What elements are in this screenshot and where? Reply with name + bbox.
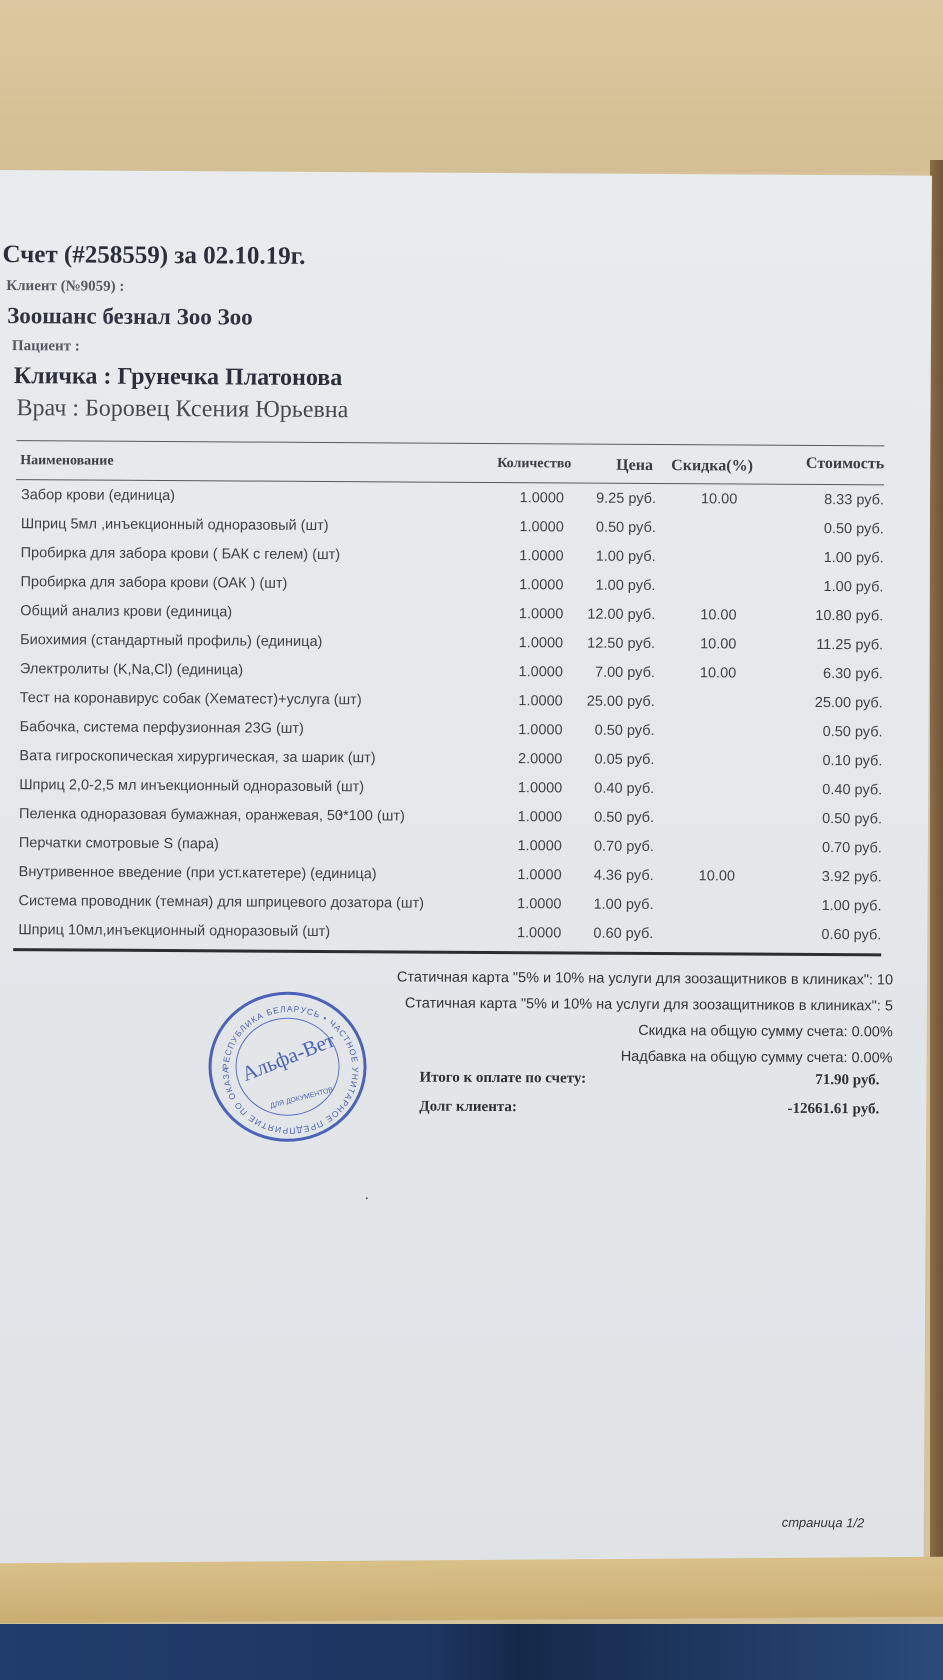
services-table: Наименование Количество Цена Скидка(%) С…: [13, 440, 884, 956]
item-cost: 1.00 руб.: [822, 898, 882, 914]
item-price: 0.50 руб.: [565, 722, 655, 739]
note-line: Статичная карта "5% и 10% на услуги для …: [397, 995, 893, 1024]
invoice-sheet: Счет (#258559) за 02.10.19г. Клиент (№90…: [0, 170, 932, 1581]
table-bottom-rule: [13, 948, 881, 956]
item-price: 0.05 руб.: [564, 751, 654, 768]
item-name: Перчатки смотровые S (пара): [19, 835, 219, 852]
debt-value: -12661.61 руб.: [788, 1101, 880, 1119]
table-row: Шприц 10мл,инъекционный одноразовый (шт)…: [13, 915, 881, 949]
total-value: 71.90 руб.: [815, 1072, 879, 1089]
note-line: Скидка на общую сумму счета: 0.00%: [397, 1021, 893, 1050]
paper-speck: [339, 813, 342, 816]
item-cost: 1.00 руб.: [824, 550, 884, 566]
client-label: Клиент (№9059) :: [6, 278, 124, 296]
item-discount: 10.00: [700, 636, 736, 652]
item-quantity: 1.0000: [519, 635, 563, 651]
header-discount: Скидка(%): [671, 457, 753, 475]
item-name: Внутривенное введение (при уст.катетере)…: [19, 864, 377, 882]
item-name: Пробирка для забора крови (ОАК ) (шт): [20, 574, 287, 592]
item-price: 1.00 руб.: [565, 577, 655, 594]
item-quantity: 2.0000: [518, 751, 562, 767]
item-quantity: 1.0000: [517, 896, 561, 912]
item-quantity: 1.0000: [519, 606, 563, 622]
item-name: Электролиты (K,Na,Cl) (единица): [20, 661, 243, 678]
header-price: Цена: [616, 457, 653, 475]
desk-background-top: [0, 0, 943, 172]
header-quantity: Количество: [497, 456, 571, 472]
discount-notes: Статичная карта "5% и 10% на услуги для …: [396, 969, 893, 1076]
item-price: 0.70 руб.: [564, 838, 654, 855]
item-name: Шприц 2,0-2,5 мл инъекционный одноразовы…: [19, 777, 364, 795]
item-name: Биохимия (стандартный профиль) (единица): [20, 632, 322, 650]
page-number: страница 1/2: [782, 1515, 865, 1531]
item-name: Общий анализ крови (единица): [20, 603, 232, 620]
item-name: Тест на коронавирус собак (Хематест)+усл…: [20, 690, 362, 708]
item-price: 9.25 руб.: [566, 490, 656, 507]
fabric-background: [0, 1624, 943, 1680]
item-quantity: 1.0000: [518, 693, 562, 709]
item-discount: 10.00: [699, 868, 735, 884]
table-body: Забор крови (единица)1.00009.25 руб.10.0…: [13, 480, 884, 949]
patient-label: Пациент :: [12, 338, 80, 355]
item-price: 12.00 руб.: [565, 606, 655, 623]
item-quantity: 1.0000: [517, 925, 561, 941]
total-label: Итого к оплате по счету:: [419, 1070, 586, 1088]
item-name: Система проводник (темная) для шприцевог…: [18, 893, 424, 911]
item-quantity: 1.0000: [519, 577, 563, 593]
item-quantity: 1.0000: [518, 722, 562, 738]
item-cost: 3.92 руб.: [822, 869, 882, 885]
debt-row: Долг клиента: -12661.61 руб.: [419, 1099, 879, 1102]
item-cost: 6.30 руб.: [823, 666, 883, 682]
item-name: Пробирка для забора крови ( БАК с гелем)…: [21, 545, 341, 563]
pet-name: Кличка : Грунечка Платонова: [14, 363, 343, 392]
note-line: Статичная карта "5% и 10% на услуги для …: [397, 969, 893, 998]
item-quantity: 1.0000: [519, 519, 563, 535]
item-cost: 10.80 руб.: [815, 608, 883, 624]
company-stamp: РЕСПУБЛИКА БЕЛАРУСЬ • ЧАСТНОЕ УНИТАРНОЕ …: [208, 991, 367, 1142]
item-quantity: 1.0000: [519, 664, 563, 680]
item-quantity: 1.0000: [519, 548, 563, 564]
item-price: 0.60 руб.: [563, 925, 653, 942]
item-cost: 0.10 руб.: [822, 753, 882, 769]
item-price: 12.50 руб.: [565, 635, 655, 652]
item-discount: 10.00: [700, 607, 736, 623]
item-cost: 8.33 руб.: [824, 492, 884, 508]
item-name: Бабочка, система перфузионная 23G (шт): [20, 719, 304, 737]
item-quantity: 1.0000: [517, 838, 561, 854]
item-name: Шприц 5мл ,инъекционный одноразовый (шт): [21, 516, 329, 534]
debt-label: Долг клиента:: [419, 1099, 517, 1117]
item-cost: 0.40 руб.: [822, 782, 882, 798]
item-quantity: 1.0000: [518, 809, 562, 825]
desk-background-bottom: [0, 1557, 943, 1624]
item-price: 0.50 руб.: [566, 519, 656, 536]
item-cost: 11.25 руб.: [816, 637, 883, 653]
invoice-title: Счет (#258559) за 02.10.19г.: [2, 241, 305, 271]
header-name: Наименование: [20, 453, 113, 470]
item-cost: 25.00 руб.: [815, 695, 883, 711]
header-cost: Стоимость: [806, 455, 884, 473]
item-price: 4.36 руб.: [564, 867, 654, 884]
item-price: 1.00 руб.: [563, 896, 653, 913]
item-price: 0.40 руб.: [564, 780, 654, 797]
item-cost: 0.50 руб.: [823, 724, 883, 740]
item-price: 7.00 руб.: [565, 664, 655, 681]
item-name: Забор крови (единица): [21, 487, 175, 504]
item-price: 0.50 руб.: [564, 809, 654, 826]
table-header: Наименование Количество Цена Скидка(%) С…: [16, 440, 884, 485]
item-price: 25.00 руб.: [565, 693, 655, 710]
item-quantity: 1.0000: [518, 780, 562, 796]
item-quantity: 1.0000: [520, 490, 564, 506]
item-cost: 0.50 руб.: [822, 811, 882, 827]
item-cost: 0.70 руб.: [822, 840, 882, 856]
item-cost: 1.00 руб.: [824, 579, 884, 595]
item-discount: 10.00: [700, 665, 736, 681]
paper-speck: [366, 1197, 368, 1199]
item-cost: 0.60 руб.: [821, 927, 881, 943]
item-cost: 0.50 руб.: [824, 521, 884, 537]
item-name: Вата гигроскопическая хирургическая, за …: [19, 748, 375, 766]
item-price: 1.00 руб.: [566, 548, 656, 565]
desk-edge-right: [930, 160, 943, 1580]
item-discount: 10.00: [701, 491, 737, 507]
item-name: Шприц 10мл,инъекционный одноразовый (шт): [18, 922, 330, 940]
item-name: Пеленка одноразовая бумажная, оранжевая,…: [19, 806, 405, 824]
client-name: Зоошанс безнал Зоо Зоо: [7, 303, 253, 330]
doctor-name: Врач : Боровец Ксения Юрьевна: [16, 395, 348, 424]
item-quantity: 1.0000: [517, 867, 561, 883]
